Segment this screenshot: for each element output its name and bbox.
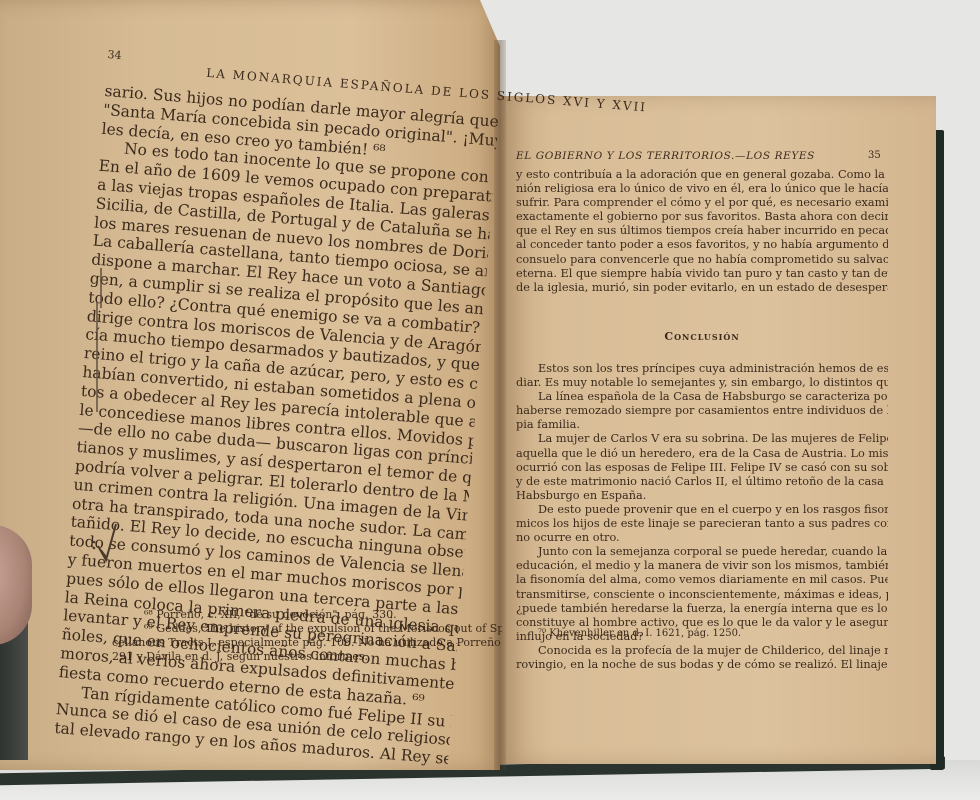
section-title-conclusion: Conclusión — [516, 330, 888, 343]
text-line: exactamente el gobierno por sus favorito… — [516, 210, 888, 224]
running-head-right: EL GOBIERNO Y LOS TERRITORIOS.—LOS REYES — [516, 150, 815, 162]
left-page-body: sario. Sus hijos no podían darle mayor a… — [54, 82, 499, 769]
text-line: sufrir. Para comprender el cómo y el por… — [516, 196, 888, 210]
text-line: De esto puede provenir que en el cuerpo … — [516, 503, 888, 517]
text-line: y de este matrimonio nació Carlos II, el… — [516, 475, 888, 489]
pencil-check-icon — [92, 520, 122, 564]
text-line: educación, el medio y la manera de vivir… — [516, 559, 888, 573]
footnote-70: ⁷⁰ Khevenhiller en d. I. 1621, pág. 1250… — [538, 628, 741, 639]
text-line: micos los hijos de este linaje se pareci… — [516, 517, 888, 531]
footnote-69: ⁶⁹ Geddes, The history of the expulsion … — [112, 622, 502, 636]
text-line: Habsburgo en España. — [516, 489, 888, 503]
text-line: aquella que le dió un heredero, era de l… — [516, 447, 888, 461]
text-line: rovingio, en la noche de sus bodas y de … — [516, 658, 888, 672]
text-line: pia familia. — [516, 418, 888, 432]
text-line: nión religiosa era lo único de vivo en é… — [516, 182, 888, 196]
text-line: La mujer de Carlos V era su sobrina. De … — [516, 432, 888, 446]
text-line: y esto contribuía a la adoración que en … — [516, 168, 888, 182]
page-number-left: 34 — [107, 48, 122, 62]
text-line: de la iglesia, murió, sin poder evitarlo… — [516, 281, 888, 295]
text-line: no ocurre en otro. — [516, 531, 888, 545]
text-line: diar. Es muy notable lo semejantes y, si… — [516, 376, 888, 390]
page-number-right: 35 — [868, 150, 881, 161]
text-line: ocurrió con las esposas de Felipe III. F… — [516, 461, 888, 475]
left-page-footnotes: ⁶⁸ Porreño, c. XII, "de su devoción", pá… — [112, 608, 502, 664]
right-page-body: y esto contribuía a la adoración que en … — [516, 168, 888, 295]
text-line: al conceder tanto poder a esos favoritos… — [516, 238, 888, 252]
footnote-68: ⁶⁸ Porreño, c. XII, "de su devoción", pá… — [112, 608, 502, 622]
text-line: Conocida es la profecía de la mujer de C… — [516, 644, 888, 658]
pencil-bracket-mark — [100, 268, 102, 308]
text-line: consuelo para convencerle que no había c… — [516, 253, 888, 267]
text-line: haberse remozado siempre por casamientos… — [516, 404, 888, 418]
footnote-line: cellanous Tracts I, especialmente pág. 1… — [112, 636, 502, 650]
text-line: Junto con la semejanza corporal se puede… — [516, 545, 888, 559]
footnote-line: 291 y Dávila en d. J, según nuestros inf… — [112, 650, 502, 664]
text-line: eterna. El que siempre había vivido tan … — [516, 267, 888, 281]
text-line: la fisonomía del alma, como vemos diaria… — [516, 573, 888, 587]
text-line: ¿puede también heredarse la fuerza, la e… — [516, 602, 888, 616]
text-line: La línea española de la Casa de Habsburg… — [516, 390, 888, 404]
text-line: transmitirse, consciente o inconscientem… — [516, 588, 888, 602]
pencil-bracket-mark — [96, 302, 98, 412]
text-line: Estos son los tres príncipes cuya admini… — [516, 362, 888, 376]
text-line: que el Rey en sus últimos tiempos creía … — [516, 224, 888, 238]
conclusion-body: Estos son los tres príncipes cuya admini… — [516, 362, 888, 672]
